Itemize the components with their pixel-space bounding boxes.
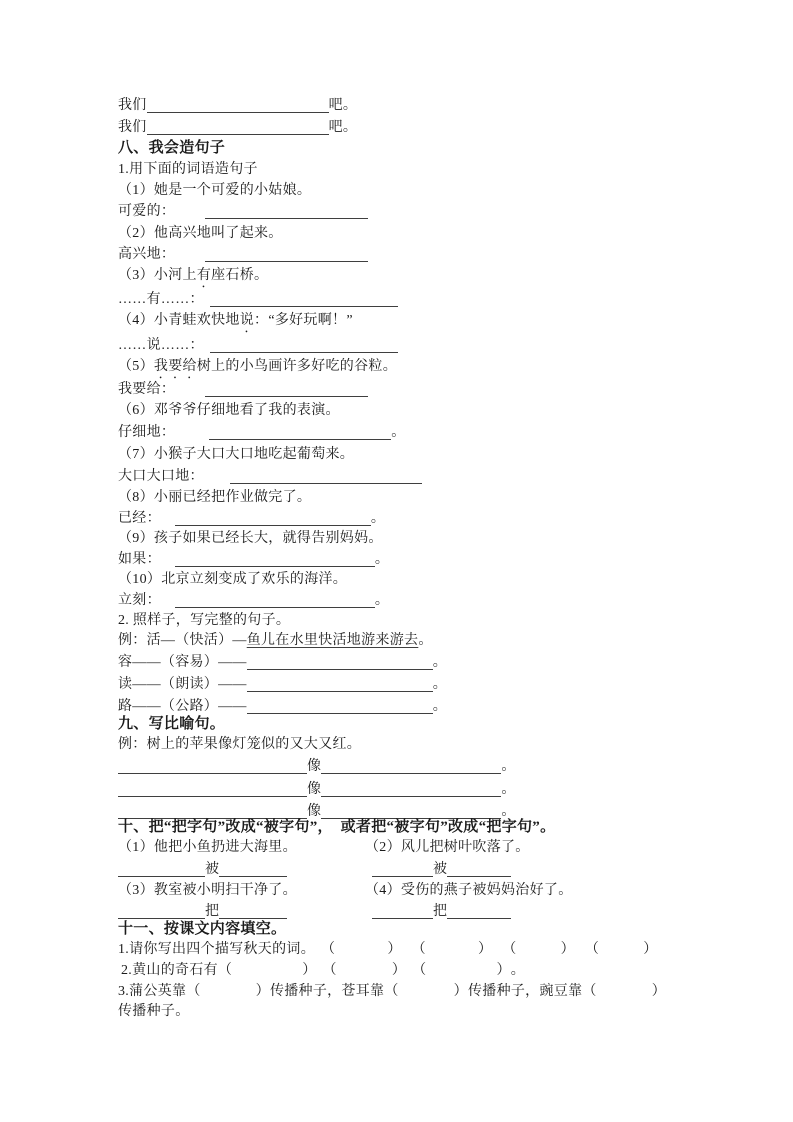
doc-line: 2. 照样子，写完整的句子。: [118, 612, 290, 629]
paren-gap: [426, 973, 496, 974]
text-run: 如果：: [118, 552, 161, 567]
text-run: ……有……：: [118, 292, 204, 307]
answer-blank: [118, 914, 205, 919]
text-run: 我们: [118, 120, 147, 135]
text-run: 路——（公路）——: [118, 699, 247, 714]
text-run: 被: [433, 862, 447, 877]
doc-line: 九、写比喻句。: [118, 716, 225, 733]
text-run: 。: [433, 655, 447, 670]
text-run: 吧。: [329, 120, 358, 135]
close-paren: ）: [652, 984, 666, 999]
answer-blank: [447, 872, 511, 877]
answer-blank: [321, 769, 501, 774]
doc-line: （1）她是一个可爱的小姑娘。: [118, 182, 311, 199]
paren-gap: [335, 952, 387, 953]
doc-line: 1.请你写出四个描写秋天的词。（）（）（）（）: [118, 941, 658, 958]
text-run: ：“多好玩啊！”: [254, 313, 353, 328]
section-heading: 十、把“把字句”改成“被字句”， 或者把“被字句”改成“把字句”。: [118, 819, 555, 835]
text-run: 读——（朗读）——: [118, 677, 247, 692]
doc-line: （7）小猴子大口大口地吃起葡萄来。: [118, 446, 354, 463]
doc-line: （9）孩子如果已经长大，就得告别妈妈。: [118, 530, 383, 547]
doc-line: 1.用下面的词语造句子: [118, 161, 258, 178]
text-run: 3.蒲公英靠: [118, 984, 186, 999]
paren-gap: [517, 952, 561, 953]
text-run: 。: [371, 511, 385, 526]
text-run: 。: [501, 804, 515, 819]
doc-line: 容——（容易）——。: [118, 654, 447, 671]
doc-line: 2.黄山的奇石有（）（）（）。: [121, 962, 525, 979]
paren-gap: [232, 973, 302, 974]
open-paren: （: [412, 963, 426, 978]
paren-blank: （）: [582, 983, 666, 1000]
paren-gap: [337, 973, 392, 974]
answer-blank: [372, 914, 433, 919]
text-run: 1.请你写出四个描写秋天的词。: [118, 942, 315, 957]
text-run: 座石桥。: [211, 268, 268, 283]
text-run: 我们: [118, 98, 147, 113]
paren-blank: （）: [321, 941, 402, 958]
text-run: 被: [205, 862, 219, 877]
open-paren: （: [186, 984, 200, 999]
doc-line: 被: [372, 861, 511, 878]
text-run: 把: [205, 904, 219, 919]
doc-line: 路——（公路）——。: [118, 698, 447, 715]
doc-line: （3）教室被小明扫干净了。: [118, 882, 297, 899]
doc-line: （4）小青蛙欢快地说：“多好玩啊！”: [118, 312, 353, 336]
text-run: 。: [501, 782, 515, 797]
doc-line: 3.蒲公英靠（）传播种子，苍耳靠（）传播种子，豌豆靠（）: [118, 983, 666, 1000]
text-run: 。: [511, 963, 525, 978]
doc-line: 我要给：: [118, 381, 368, 398]
paren-blank: （）: [323, 962, 407, 979]
answer-blank: [230, 479, 422, 484]
text-run: 把: [433, 904, 447, 919]
text-run: 。: [375, 593, 389, 608]
text-run: 高兴地：: [118, 247, 175, 262]
text-run: 。: [391, 425, 405, 440]
text-run: 像: [307, 804, 321, 819]
text-run: （4）小青蛙欢快地: [118, 313, 240, 328]
doc-line: 读——（朗读）——。: [118, 676, 447, 693]
doc-line: 十、把“把字句”改成“被字句”， 或者把“被字句”改成“把字句”。: [118, 819, 555, 836]
doc-line: 例：树上的苹果像灯笼似的又大又红。: [118, 736, 361, 753]
doc-line: 像。: [118, 781, 516, 798]
doc-line: 我们吧。: [118, 97, 357, 114]
doc-line: 可爱的：: [118, 203, 368, 220]
doc-line: 立刻：。: [118, 592, 389, 609]
open-paren: （: [321, 942, 335, 957]
section-heading: 十一、按课文内容填空。: [118, 921, 286, 937]
text-run: 。: [501, 759, 515, 774]
text-run: （2）风儿把树叶吹落了。: [365, 840, 530, 855]
answer-blank: [210, 302, 398, 307]
text-run: 树上的小鸟画许多好吃的谷粒。: [197, 359, 397, 374]
text-run: ……说……：: [118, 338, 204, 353]
answer-blank: [321, 792, 501, 797]
doc-line: 被: [118, 861, 287, 878]
answer-blank: [118, 769, 307, 774]
emphasized-text: 我要给: [154, 359, 197, 374]
doc-line: 像。: [118, 803, 516, 820]
answer-blank: [247, 709, 433, 714]
paren-blank: （）: [186, 983, 270, 1000]
text-run: （7）小猴子大口大口地吃起葡萄来。: [118, 447, 354, 462]
text-run: 。: [418, 633, 432, 648]
text-run: （3）教室被小明扫干净了。: [118, 883, 297, 898]
open-paren: （: [384, 984, 398, 999]
text-run: 例：活—（快活）—: [118, 633, 247, 648]
paren-blank: （）: [384, 983, 468, 1000]
doc-line: ……说……：: [118, 337, 398, 354]
answer-blank: [118, 792, 307, 797]
text-run: 传播种子。: [118, 1004, 190, 1019]
open-paren: （: [323, 963, 337, 978]
text-run: （1）他把小鱼扔进大海里。: [118, 840, 297, 855]
answer-blank: [205, 257, 368, 262]
paren-blank: （）: [502, 941, 575, 958]
doc-line: （4）受伤的燕子被妈妈治好了。: [365, 882, 573, 899]
section-heading: 八、我会造句子: [118, 140, 225, 156]
answer-blank: [247, 665, 433, 670]
open-paren: （: [582, 984, 596, 999]
text-run: 。: [433, 677, 447, 692]
open-paren: （: [218, 963, 232, 978]
doc-line: 像。: [118, 758, 516, 775]
text-run: 像: [307, 759, 321, 774]
answer-blank: [175, 603, 375, 608]
text-run: 。: [433, 699, 447, 714]
text-run: 。: [375, 552, 389, 567]
text-run: 立刻：: [118, 593, 161, 608]
paren-blank: （）: [412, 941, 493, 958]
text-run: 已经：: [118, 511, 161, 526]
text-run: 1.用下面的词语造句子: [118, 162, 258, 177]
paren-gap: [599, 952, 643, 953]
close-paren: ）: [302, 963, 316, 978]
answer-blank: [210, 348, 398, 353]
text-run: 像: [307, 782, 321, 797]
text-run: （3）小河上: [118, 268, 197, 283]
close-paren: ）: [561, 942, 575, 957]
doc-line: （5）我要给树上的小鸟画许多好吃的谷粒。: [118, 358, 397, 382]
paren-gap: [426, 952, 478, 953]
text-run: （6）邓爷爷仔细地看了我的表演。: [118, 403, 340, 418]
doc-line: （10）北京立刻变成了欢乐的海洋。: [118, 571, 347, 588]
doc-line: （6）邓爷爷仔细地看了我的表演。: [118, 402, 340, 419]
text-run: （10）北京立刻变成了欢乐的海洋。: [118, 572, 347, 587]
close-paren: ）: [496, 963, 510, 978]
doc-line: （2）风儿把树叶吹落了。: [365, 839, 530, 856]
text-run: 2. 照样子，写完整的句子。: [118, 613, 290, 628]
paren-blank: （）: [585, 941, 658, 958]
doc-line: 八、我会造句子: [118, 140, 225, 157]
answer-blank: [205, 214, 368, 219]
close-paren: ）: [256, 984, 270, 999]
text-run: 我要给：: [118, 382, 175, 397]
answer-blank: [175, 562, 375, 567]
text-run: （8）小丽已经把作业做完了。: [118, 490, 311, 505]
text-run: 传播种子，豌豆靠: [468, 984, 582, 999]
answer-blank: [219, 914, 287, 919]
paren-gap: [201, 994, 256, 995]
doc-line: 例：活—（快活）—鱼儿在水里快活地游来游去。: [118, 632, 433, 649]
worksheet-page: 我们吧。我们吧。八、我会造句子1.用下面的词语造句子（1）她是一个可爱的小姑娘。…: [0, 0, 793, 1122]
answer-blank: [209, 435, 391, 440]
doc-line: 十一、按课文内容填空。: [118, 921, 286, 938]
doc-line: 高兴地：: [118, 246, 368, 263]
answer-blank: [118, 872, 205, 877]
section-heading: 九、写比喻句。: [118, 716, 225, 732]
answer-blank: [175, 521, 371, 526]
doc-line: 传播种子。: [118, 1003, 190, 1020]
text-run: （5）: [118, 359, 154, 374]
doc-line: （1）他把小鱼扔进大海里。: [118, 839, 297, 856]
answer-blank: [372, 872, 433, 877]
doc-line: 已经：。: [118, 510, 385, 527]
doc-line: （8）小丽已经把作业做完了。: [118, 489, 311, 506]
doc-line: （2）他高兴地叫了起来。: [118, 225, 283, 242]
text-run: （2）他高兴地叫了起来。: [118, 226, 283, 241]
text-run: 大口大口地：: [118, 469, 204, 484]
close-paren: ）: [478, 942, 492, 957]
answer-blank: [219, 872, 287, 877]
close-paren: ）: [454, 984, 468, 999]
open-paren: （: [502, 942, 516, 957]
doc-line: 我们吧。: [118, 119, 357, 136]
answer-blank: [447, 914, 511, 919]
paren-blank: （）: [218, 962, 317, 979]
doc-line: ……有……：: [118, 291, 398, 308]
doc-line: 大口大口地：: [118, 468, 422, 485]
text-run: （4）受伤的燕子被妈妈治好了。: [365, 883, 573, 898]
open-paren: （: [412, 942, 426, 957]
answer-blank: [205, 392, 368, 397]
text-run: 例：树上的苹果像灯笼似的又大又红。: [118, 737, 361, 752]
emphasized-text: 有: [197, 268, 211, 283]
answer-blank: [147, 130, 329, 135]
paren-gap: [597, 994, 652, 995]
text-run: 可爱的：: [118, 204, 175, 219]
text-run: （9）孩子如果已经长大，就得告别妈妈。: [118, 531, 383, 546]
text-run: （1）她是一个可爱的小姑娘。: [118, 183, 311, 198]
text-run: 容——（容易）——: [118, 655, 247, 670]
doc-line: 把: [118, 903, 287, 920]
close-paren: ）: [392, 963, 406, 978]
underlined-example: 鱼儿在水里快活地游来游去: [247, 633, 419, 648]
doc-line: 把: [372, 903, 511, 920]
text-run: 吧。: [329, 98, 358, 113]
text-run: 2.黄山的奇石有: [121, 963, 218, 978]
close-paren: ）: [387, 942, 401, 957]
text-run: 仔细地：: [118, 425, 175, 440]
answer-blank: [247, 687, 433, 692]
answer-blank: [147, 108, 329, 113]
emphasized-text: 说: [240, 313, 254, 328]
paren-blank: （）: [412, 962, 511, 979]
paren-gap: [399, 994, 454, 995]
open-paren: （: [585, 942, 599, 957]
doc-line: 仔细地：。: [118, 424, 406, 441]
doc-line: 如果：。: [118, 551, 389, 568]
doc-line: （3）小河上有座石桥。: [118, 267, 268, 291]
text-run: 传播种子，苍耳靠: [270, 984, 384, 999]
close-paren: ）: [643, 942, 657, 957]
